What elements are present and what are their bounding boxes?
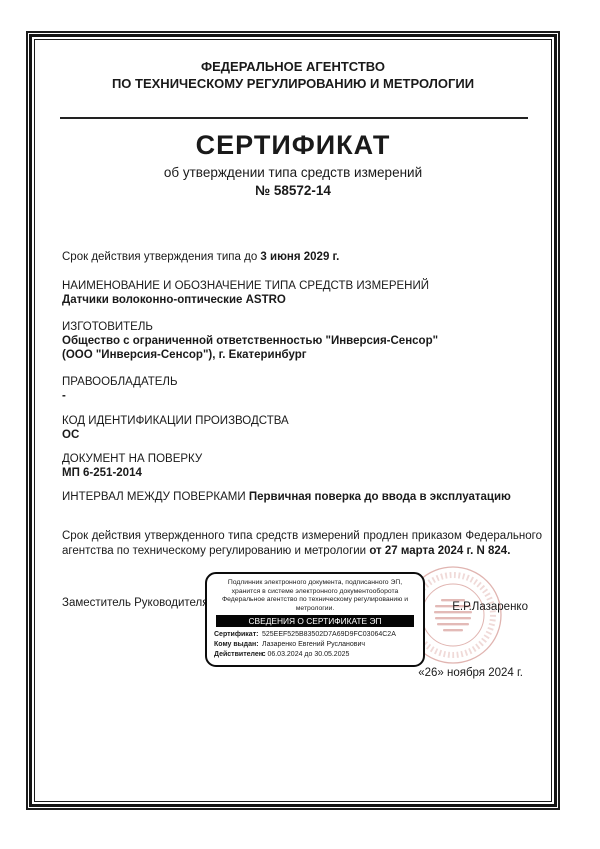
esign-band-title: СВЕДЕНИЯ О СЕРТИФИКАТЕ ЭП <box>216 615 414 627</box>
esign-row-certificate: Сертификат: 525EEF525B83502D7A69D9FC0306… <box>214 630 416 640</box>
section-value: ОС <box>62 428 542 442</box>
esign-row-value: Лазаренко Евгений Русланович <box>262 640 365 650</box>
section-verification-doc: ДОКУМЕНТ НА ПОВЕРКУ МП 6-251-2014 <box>62 452 542 480</box>
signer-name: Е.Р.Лазаренко <box>452 601 528 613</box>
section-verification-interval: ИНТЕРВАЛ МЕЖДУ ПОВЕРКАМИ Первичная повер… <box>62 490 542 504</box>
section-value: Общество с ограниченной ответственностью… <box>62 334 542 348</box>
header-divider <box>60 117 528 119</box>
document-date: «26» ноября 2024 г. <box>418 667 523 679</box>
esign-row-valid-period: Действителен: с 06.03.2024 до 30.05.2025 <box>214 650 416 660</box>
esign-row-issued-to: Кому выдан: Лазаренко Евгений Русланович <box>214 640 416 650</box>
validity-prefix: Срок действия утверждения типа до <box>62 251 260 263</box>
esign-row-value: с 06.03.2024 до 30.05.2025 <box>262 650 349 660</box>
certificate-subtitle: об утверждении типа средств измерений <box>35 165 551 180</box>
section-value: Первичная поверка до ввода в эксплуатаци… <box>249 491 511 503</box>
section-label: ИЗГОТОВИТЕЛЬ <box>62 320 542 334</box>
agency-line1: ФЕДЕРАЛЬНОЕ АГЕНТСТВО <box>35 58 551 75</box>
signer-position: Заместитель Руководителя <box>62 597 208 609</box>
section-value: Датчики волоконно-оптические ASTRO <box>62 293 542 307</box>
certificate-frame: ФЕДЕРАЛЬНОЕ АГЕНТСТВО ПО ТЕХНИЧЕСКОМУ РЕ… <box>26 31 560 810</box>
prolongation-order: от 27 марта 2024 г. N 824. <box>369 545 510 557</box>
section-rightholder: ПРАВООБЛАДАТЕЛЬ - <box>62 375 542 403</box>
section-manufacturer: ИЗГОТОВИТЕЛЬ Общество с ограниченной отв… <box>62 320 542 362</box>
section-label: НАИМЕНОВАНИЕ И ОБОЗНАЧЕНИЕ ТИПА СРЕДСТВ … <box>62 279 542 293</box>
validity-line: Срок действия утверждения типа до 3 июня… <box>62 250 542 264</box>
section-value: МП 6-251-2014 <box>62 466 542 480</box>
section-production-code: КОД ИДЕНТИФИКАЦИИ ПРОИЗВОДСТВА ОС <box>62 414 542 442</box>
section-label: ПРАВООБЛАДАТЕЛЬ <box>62 375 542 389</box>
esign-certificate-box: Подлинник электронного документа, подпис… <box>205 572 425 667</box>
section-label: ИНТЕРВАЛ МЕЖДУ ПОВЕРКАМИ <box>62 491 249 503</box>
esign-row-label: Действителен: <box>214 650 262 660</box>
certificate-number: № 58572-14 <box>35 183 551 198</box>
section-label: КОД ИДЕНТИФИКАЦИИ ПРОИЗВОДСТВА <box>62 414 542 428</box>
validity-date: 3 июня 2029 г. <box>260 251 339 263</box>
esign-preamble: Подлинник электронного документа, подпис… <box>214 579 416 613</box>
prolongation-paragraph: Срок действия утвержденного типа средств… <box>62 529 542 558</box>
section-label: ДОКУМЕНТ НА ПОВЕРКУ <box>62 452 542 466</box>
section-value-line2: (ООО "Инверсия-Сенсор"), г. Екатеринбург <box>62 348 542 362</box>
certificate-title: СЕРТИФИКАТ <box>35 130 551 161</box>
esign-row-label: Сертификат: <box>214 630 262 640</box>
section-value: - <box>62 389 542 403</box>
agency-header: ФЕДЕРАЛЬНОЕ АГЕНТСТВО ПО ТЕХНИЧЕСКОМУ РЕ… <box>35 58 551 92</box>
esign-row-value: 525EEF525B83502D7A69D9FC03064C2A <box>262 630 396 640</box>
esign-row-label: Кому выдан: <box>214 640 262 650</box>
certificate-page: ФЕДЕРАЛЬНОЕ АГЕНТСТВО ПО ТЕХНИЧЕСКОМУ РЕ… <box>0 0 600 849</box>
agency-line2: ПО ТЕХНИЧЕСКОМУ РЕГУЛИРОВАНИЮ И МЕТРОЛОГ… <box>35 75 551 92</box>
section-type-name: НАИМЕНОВАНИЕ И ОБОЗНАЧЕНИЕ ТИПА СРЕДСТВ … <box>62 279 542 307</box>
